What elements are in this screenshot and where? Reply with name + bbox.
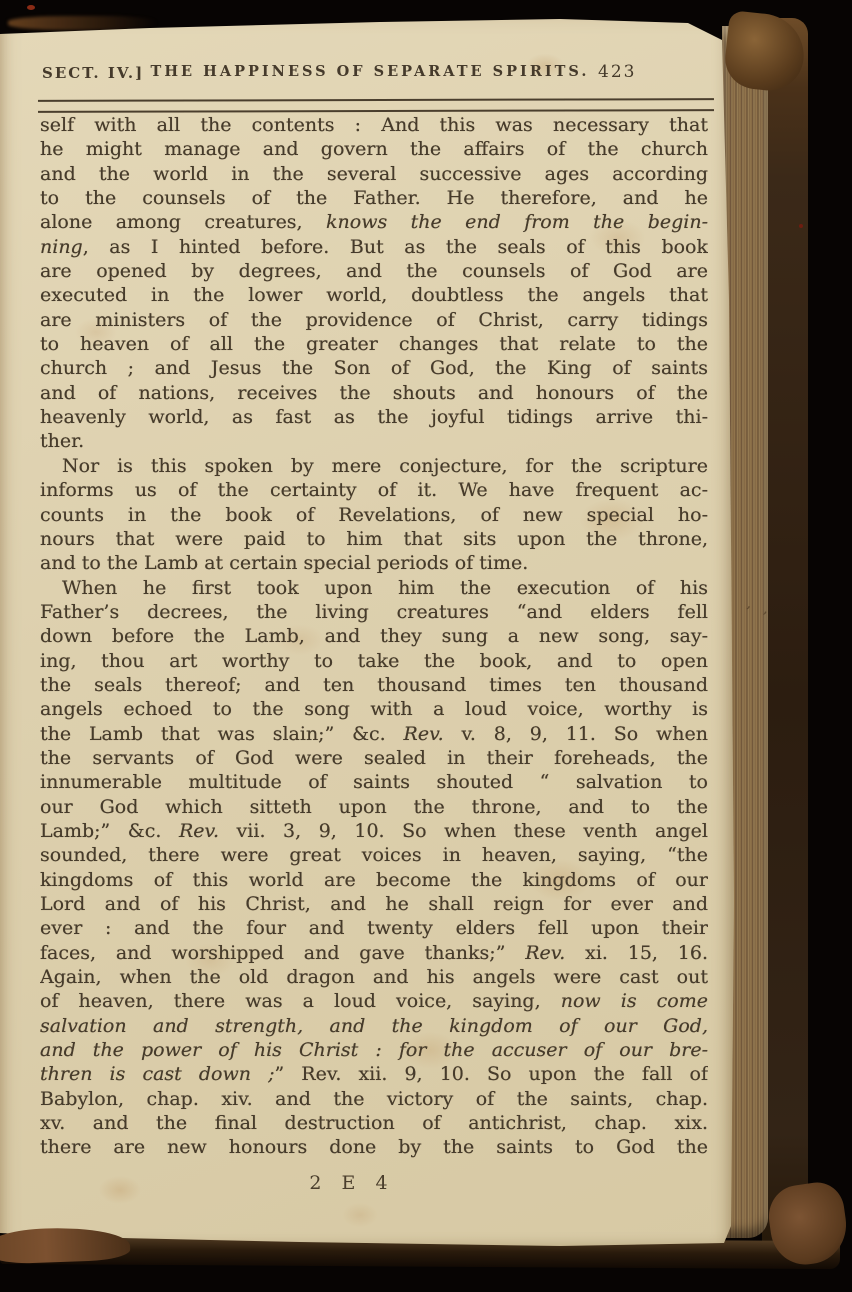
text-line: the Lamb that was slain;” &c. Rev. v. 8,… — [40, 722, 708, 746]
signature-mark: 2 E 4 — [309, 1172, 394, 1194]
text-line: and of nations, receives the shouts and … — [40, 381, 708, 405]
text-line: our God which sitteth upon the throne, a… — [40, 795, 708, 819]
text-line: Lamb;” &c. Rev. vii. 3, 9, 10. So when t… — [40, 819, 708, 843]
text-line: and to the Lamb at certain special perio… — [40, 551, 708, 575]
text-line: ever : and the four and twenty elders fe… — [40, 916, 708, 940]
text-line: the seals thereof; and ten thousand time… — [40, 673, 708, 697]
text-line: thren is cast down ;” Rev. xii. 9, 10. S… — [40, 1062, 708, 1086]
page-number: 423 — [598, 62, 636, 82]
text-line: Again, when the old dragon and his angel… — [40, 965, 708, 989]
body-text: self with all the contents : And this wa… — [40, 113, 708, 1160]
text-line: self with all the contents : And this wa… — [40, 113, 708, 137]
text-line: ther. — [40, 429, 708, 453]
text-line: and the world in the several successive … — [40, 162, 708, 186]
text-line: When he first took upon him the executio… — [40, 576, 708, 600]
text-line: of heaven, there was a loud voice, sayin… — [40, 989, 708, 1013]
red-speck-top-left — [27, 5, 35, 10]
text-line: church ; and Jesus the Son of God, the K… — [40, 356, 708, 380]
text-line: there are new honours done by the saints… — [40, 1135, 708, 1159]
text-line: Nor is this spoken by mere conjecture, f… — [40, 454, 708, 478]
text-line: counts in the book of Revelations, of ne… — [40, 503, 708, 527]
text-line: sounded, there were great voices in heav… — [40, 843, 708, 867]
text-line: Babylon, chap. xiv. and the victory of t… — [40, 1087, 708, 1111]
text-line: Lord and of his Christ, and he shall rei… — [40, 892, 708, 916]
text-line: faces, and worshipped and gave thanks;” … — [40, 941, 708, 965]
double-rule-divider — [38, 98, 714, 113]
text-line: xv. and the final destruction of antichr… — [40, 1111, 708, 1135]
text-line: the servants of God were sealed in their… — [40, 746, 708, 770]
text-line: executed in the lower world, doubtless t… — [40, 283, 708, 307]
text-line: heavenly world, as fast as the joyful ti… — [40, 405, 708, 429]
text-line: innumerable multitude of saints shouted … — [40, 770, 708, 794]
text-line: ing, thou art worthy to take the book, a… — [40, 649, 708, 673]
text-line: down before the Lamb, and they sung a ne… — [40, 624, 708, 648]
text-line: to the counsels of the Father. He theref… — [40, 186, 708, 210]
text-line: are ministers of the providence of Chris… — [40, 308, 708, 332]
text-line: nours that were paid to him that sits up… — [40, 527, 708, 551]
text-line: to heaven of all the greater changes tha… — [40, 332, 708, 356]
text-line: and the power of his Christ : for the ac… — [40, 1038, 708, 1062]
text-line: alone among creatures, knows the end fro… — [40, 210, 708, 234]
text-line: salvation and strength, and the kingdom … — [40, 1014, 708, 1038]
text-line: informs us of the certainty of it. We ha… — [40, 478, 708, 502]
section-label: SECT. IV.] — [42, 64, 144, 82]
text-line: Father’s decrees, the living creatures “… — [40, 600, 708, 624]
top-edge-smear — [8, 16, 158, 30]
red-speck-right — [799, 224, 803, 228]
text-line: angels echoed to the song with a loud vo… — [40, 697, 708, 721]
book-cover-right-edge — [762, 18, 808, 1258]
text-line: ning, as I hinted before. But as the sea… — [40, 235, 708, 259]
running-title: THE HAPPINESS OF SEPARATE SPIRITS. — [151, 63, 590, 80]
text-line: he might manage and govern the affairs o… — [40, 137, 708, 161]
text-line: kingdoms of this world are become the ki… — [40, 868, 708, 892]
book-photo-canvas: SECT. IV.] THE HAPPINESS OF SEPARATE SPI… — [0, 0, 852, 1292]
text-line: are opened by degrees, and the counsels … — [40, 259, 708, 283]
book-page: SECT. IV.] THE HAPPINESS OF SEPARATE SPI… — [0, 0, 738, 1254]
